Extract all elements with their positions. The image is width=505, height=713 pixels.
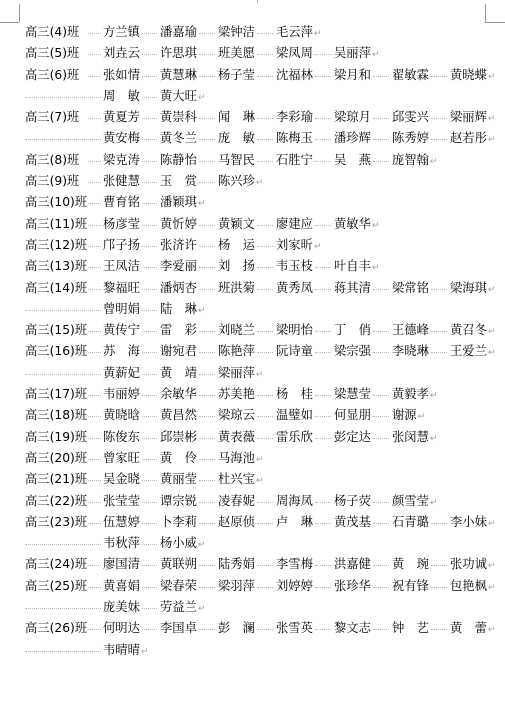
student-name-text: 谭宗锐 [160,494,197,508]
student-name-text: 黄薪妃 [103,366,140,380]
student-name: 邝子扬 [103,235,140,256]
tab-leader [315,502,331,503]
class-label: 高三(15)班 [25,320,87,341]
class-row[interactable]: 高三(8)班梁克涛陈静怡马智民石胜宁吴 燕庞智翰↵ [25,150,495,171]
student-name-text: 梁宗强 [334,344,371,358]
student-name-text: 李雪梅 [276,557,313,571]
student-name-text: 庞美妹 [103,600,140,614]
student-name-text: 黄慧琳 [160,68,197,82]
class-label: 高三(19)班 [25,427,87,448]
tab-leader [88,33,101,34]
student-name: 吴金晓 [103,469,140,490]
tab-leader [257,352,273,353]
tab-leader [315,352,331,353]
student-name: 陈秀婷 [392,128,429,149]
student-name: 庞美妹 [103,597,140,618]
tab-leader [142,267,157,268]
tab-leader [88,459,101,460]
student-name-text: 韦玉枝 [276,259,313,273]
tab-leader [257,161,273,162]
student-name: 杨子荧 [334,491,371,512]
tab-leader [88,629,101,630]
paragraph-mark-icon: ↵ [430,498,438,508]
student-name-text: 潘炳杏 [160,281,197,295]
student-name-text: 雷乐欣 [276,430,313,444]
tab-leader [88,289,101,290]
tab-leader [142,352,157,353]
tab-leader [142,225,157,226]
tab-leader [431,289,447,290]
tab-leader [315,54,331,55]
class-row[interactable]: 高三(9)班张健慧玉 赏陈兴珍↵ [25,171,495,192]
student-name: 钟 艺 [392,618,429,639]
student-name: 翟敏霖 [392,65,429,86]
student-name: 黎福旺 [103,278,140,299]
student-name-text: 廖建应 [276,217,313,231]
class-row[interactable]: 高三(19)班陈俊东邱崇彬黄表薇雷乐欣彭定达张闵慧↵ [25,427,495,448]
tab-leader [199,352,215,353]
tab-leader [315,76,331,77]
student-name: 梁丽萍↵ [218,363,263,386]
tab-leader [88,438,101,439]
student-name: 黄敏华↵ [334,214,379,237]
student-name-text: 周 敏 [103,89,140,103]
tab-leader [199,587,215,588]
tab-leader [373,395,389,396]
student-name-text: 何明达 [103,621,140,635]
class-label: 高三(26)班 [25,618,87,639]
class-row[interactable]: 高三(15)班黄传宁雷 彩刘晓兰梁明怡丁 俏王德峰黄召冬↵ [25,320,495,341]
student-name: 梁琼月 [334,107,371,128]
student-name: 石青璐 [392,512,429,533]
tab-leader [431,352,447,353]
student-name-text: 阮诗童 [276,344,313,358]
tab-leader [373,139,389,140]
student-name-text: 潘颖琪 [160,195,197,209]
student-name-text: 颜雪莹 [392,494,429,508]
student-name: 蒋其清 [334,278,371,299]
class-label: 高三(7)班 [25,107,79,128]
tab-leader [199,182,215,183]
student-name-text: 刘婷婷 [276,579,313,593]
tab-leader [257,438,273,439]
paragraph-mark-icon: ↵ [198,93,206,103]
tab-leader [142,54,157,55]
tab-leader [257,225,273,226]
tab-leader [142,459,157,460]
student-name-text: 周海凤 [276,494,313,508]
student-name-text: 刘垚云 [103,46,140,60]
student-name: 黄 琬 [392,554,429,575]
student-name-text: 梁克涛 [103,153,140,167]
student-name-text: 陈梅玉 [276,131,313,145]
student-name: 梁克涛 [103,150,140,171]
student-name-text: 沈福林 [276,68,313,82]
paragraph-mark-icon: ↵ [488,114,496,124]
student-name-text: 马海池 [218,451,255,465]
paragraph-mark-icon: ↵ [198,306,206,316]
student-name-text: 刘家昕 [276,238,313,252]
tab-leader [315,395,331,396]
class-label: 高三(24)班 [25,554,87,575]
paragraph-mark-icon: ↵ [488,327,496,337]
student-name-text: 杨彦莹 [103,217,140,231]
student-name-text: 黄茂基 [334,515,371,529]
tab-leader [315,523,331,524]
student-name-text: 黄崇科 [160,110,197,124]
tab-leader [373,502,389,503]
student-name: 李雪梅 [276,554,313,575]
student-name: 黄晓晗 [103,405,140,426]
student-name-text: 李彩瑜 [276,110,313,124]
class-row[interactable]: 曾明娟陆 琳↵ [25,299,495,320]
tab-leader [142,289,157,290]
tab-leader [257,587,273,588]
tab-leader [142,246,157,247]
tab-leader [199,565,215,566]
class-row[interactable]: 高三(4)班方兰镇潘嘉瑜梁钟洁毛云萍↵ [25,22,495,43]
student-name: 闻 琳 [218,107,255,128]
tab-leader [431,139,447,140]
class-label: 高三(4)班 [25,22,79,43]
student-name: 邱崇彬 [160,427,197,448]
student-name-text: 黄晓蝶 [450,68,487,82]
student-name: 杨子莹 [218,65,255,86]
tab-leader [88,182,101,183]
student-name: 梁月和 [334,65,371,86]
student-name: 丁 俏 [334,320,371,341]
student-name-text: 李爱丽 [160,259,197,273]
student-name-text: 梁海琪 [450,281,487,295]
class-row[interactable]: 高三(10)班曹育铭潘颖琪↵ [25,192,495,213]
tab-leader [431,587,447,588]
tab-leader [315,289,331,290]
class-row[interactable]: 高三(24)班廖国清黄联朔陆秀娟李雪梅洪嘉健黄 琬张功诚↵ [25,554,495,575]
student-name: 黄传宁 [103,320,140,341]
student-name-text: 雷 彩 [160,323,197,337]
student-name: 赵若彤↵ [450,128,495,151]
tab-leader [315,416,331,417]
student-name: 洪嘉健 [334,554,371,575]
student-name-text: 黄安梅 [103,131,140,145]
student-name: 毛云萍↵ [276,22,321,45]
class-row[interactable]: 周 敏黄大旺↵ [25,86,495,107]
paragraph-mark-icon: ↵ [314,242,322,252]
class-row[interactable]: 高三(13)班王凤洁李爱丽刘 扬韦玉枝叶自丰↵ [25,256,495,277]
tab-leader [199,331,215,332]
class-row[interactable]: 高三(11)班杨彦莹黄忻婷黄颖文廖建应黄敏华↵ [25,214,495,235]
student-name: 张珍华 [334,576,371,597]
tab-leader [431,565,447,566]
student-name-text: 杜兴宝 [218,472,255,486]
student-name: 许思琪 [160,43,197,64]
student-name-text: 黄大旺 [160,89,197,103]
class-row[interactable]: 高三(17)班韦丽婷余敏华苏美艳杨 桂梁慧莹黄毅孝↵ [25,384,495,405]
tab-leader [315,118,331,119]
student-name-text: 梁钟洁 [218,25,255,39]
student-name-text: 班洪菊 [218,281,255,295]
tab-leader [88,246,101,247]
student-name: 张莹莹 [103,491,140,512]
tab-leader [315,438,331,439]
tab-leader [315,225,331,226]
student-name: 陈艳萍 [218,341,255,362]
crop-mark-top-left [0,22,19,23]
student-name: 吴 燕 [334,150,371,171]
tab-leader [142,97,157,98]
student-name: 杨 运 [218,235,255,256]
student-name: 陈梅玉 [276,128,313,149]
paragraph-mark-icon: ↵ [256,476,264,486]
tab-leader [88,76,101,77]
student-name-text: 陆秀娟 [218,557,255,571]
tab-leader [257,33,273,34]
student-name: 潘嘉瑜 [160,22,197,43]
tab-leader [199,139,215,140]
class-row[interactable]: 韦秋萍杨小威↵ [25,533,495,554]
tab-leader [199,480,215,481]
student-name-text: 劳益兰 [160,600,197,614]
class-row[interactable]: 韦晴晴↵ [25,640,495,661]
tab-leader [88,416,101,417]
paragraph-mark-icon: ↵ [488,583,496,593]
student-name-text: 庞 敏 [218,131,255,145]
student-name-text: 张功诚 [450,557,487,571]
student-name: 刘垚云 [103,43,140,64]
tab-leader [142,161,157,162]
student-name: 梁常铭 [392,278,429,299]
tab-leader [315,331,331,332]
student-name: 黎文志 [334,618,371,639]
tab-leader [25,651,101,652]
student-name: 马智民 [218,150,255,171]
tab-leader [142,608,157,609]
student-name: 何明达 [103,618,140,639]
student-name-text: 彭定达 [334,430,371,444]
student-name: 刘家昕↵ [276,235,321,258]
tab-leader [373,352,389,353]
tab-leader [142,76,157,77]
student-name-text: 梁琼云 [218,408,255,422]
class-row[interactable]: 高三(23)班伍慧婷卜李莉赵原侦卢 琳黄茂基石青璐李小妹↵ [25,512,495,533]
student-name-text: 梁慧莹 [334,387,371,401]
student-name: 颜雪莹↵ [392,491,437,514]
student-name-text: 梁常铭 [392,281,429,295]
class-row[interactable]: 黄薪妃黄 靖梁丽萍↵ [25,363,495,384]
tab-leader [199,416,215,417]
tab-leader [257,139,273,140]
tab-leader [142,203,157,204]
student-name: 曾家旺 [103,448,140,469]
class-row[interactable]: 高三(25)班黄喜娟梁春荣梁羽萍刘婷婷张珍华祝有锋包艳枫↵ [25,576,495,597]
student-name-text: 赵原侦 [218,515,255,529]
ruler-center-mark [257,0,258,3]
student-name-text: 黄冬兰 [160,131,197,145]
student-name-text: 潘嘉瑜 [160,25,197,39]
student-name: 庞智翰↵ [392,150,437,173]
student-name: 张功诚↵ [450,554,495,577]
student-name: 张闵慧↵ [392,427,437,450]
tab-leader [373,331,389,332]
student-name-text: 包艳枫 [450,579,487,593]
class-row[interactable]: 庞美妹劳益兰↵ [25,597,495,618]
student-name-text: 王凤洁 [103,259,140,273]
student-name-text: 黄颖文 [218,217,255,231]
student-name: 黄夏芳 [103,107,140,128]
tab-leader [88,480,101,481]
student-name: 苏 海 [103,341,140,362]
student-name: 杨 桂 [276,384,313,405]
student-name-text: 祝有锋 [392,579,429,593]
class-row[interactable]: 高三(21)班吴金晓黄丽莹杜兴宝↵ [25,469,495,490]
tab-leader [257,629,273,630]
tab-leader [25,544,101,545]
tab-leader [373,76,389,77]
student-name-text: 梁明怡 [276,323,313,337]
student-name: 班洪菊 [218,278,255,299]
class-row[interactable]: 高三(20)班曾家旺黄 伶马海池↵ [25,448,495,469]
class-label: 高三(22)班 [25,491,87,512]
student-name-text: 王爱兰 [450,344,487,358]
document-page[interactable]: 高三(4)班方兰镇潘嘉瑜梁钟洁毛云萍↵高三(5)班刘垚云许思琪班美愿梁凤周吴丽萍… [25,22,495,661]
paragraph-mark-icon: ↵ [256,178,264,188]
tab-leader [142,331,157,332]
student-name: 马海池↵ [218,448,263,471]
student-name-text: 苏美艳 [218,387,255,401]
tab-leader [257,395,273,396]
tab-leader [373,438,389,439]
student-name: 彭定达 [334,427,371,448]
tab-leader [142,118,157,119]
class-row[interactable]: 黄安梅黄冬兰庞 敏陈梅玉潘珍辉陈秀婷赵若彤↵ [25,128,495,149]
student-name-text: 韦丽婷 [103,387,140,401]
student-name-text: 黄 蕾 [450,621,487,635]
class-row[interactable]: 高三(22)班张莹莹谭宗锐凌春妮周海凤杨子荧颜雪莹↵ [25,491,495,512]
class-row[interactable]: 高三(18)班黄晓晗黄昌然梁琼云温璧如何显朋谢源↵ [25,405,495,426]
student-name-text: 邝子扬 [103,238,140,252]
student-name-text: 曾明娟 [103,302,140,316]
student-name-text: 钟 艺 [392,621,429,635]
student-name: 庞 敏 [218,128,255,149]
student-name-text: 吴丽萍 [334,46,371,60]
student-name: 雷 彩 [160,320,197,341]
student-name-text: 陈艳萍 [218,344,255,358]
class-row[interactable]: 高三(7)班黄夏芳黄崇科闻 琳李彩瑜梁琼月邱雯兴梁丽辉↵ [25,107,495,128]
tab-leader [142,374,157,375]
tab-leader [88,395,101,396]
paragraph-mark-icon: ↵ [488,72,496,82]
student-name: 黄大旺↵ [160,86,205,109]
student-name-text: 李国卓 [160,621,197,635]
student-name: 陈兴珍↵ [218,171,263,194]
student-name: 韦晴晴↵ [103,640,148,663]
student-name-text: 黄表薇 [218,430,255,444]
student-name-text: 梁春荣 [160,579,197,593]
crop-mark-top-left-vertical [19,4,20,22]
class-row[interactable]: 高三(6)班张如情黄慧琳杨子莹沈福林梁月和翟敏霖黄晓蝶↵ [25,65,495,86]
student-name: 赵原侦 [218,512,255,533]
student-name-text: 庞智翰 [392,153,429,167]
student-name: 黄茂基 [334,512,371,533]
class-row[interactable]: 高三(12)班邝子扬张济许杨 运刘家昕↵ [25,235,495,256]
student-name-text: 苏 海 [103,344,140,358]
student-name-text: 梁羽萍 [218,579,255,593]
class-label: 高三(20)班 [25,448,87,469]
tab-leader [315,587,331,588]
student-name: 韦秋萍 [103,533,140,554]
student-name-text: 李小妹 [450,515,487,529]
paragraph-mark-icon: ↵ [372,221,380,231]
class-label: 高三(9)班 [25,171,79,192]
tab-leader [199,459,215,460]
tab-leader [373,565,389,566]
student-name-text: 李晓琳 [392,344,429,358]
student-name-text: 陈秀婷 [392,131,429,145]
student-name-text: 卜李莉 [160,515,197,529]
student-name-text: 谢源 [392,408,417,422]
class-label: 高三(13)班 [25,256,87,277]
student-name: 邱雯兴 [392,107,429,128]
student-name: 沈福林 [276,65,313,86]
tab-leader [431,523,447,524]
paragraph-mark-icon: ↵ [430,391,438,401]
student-name: 王爱兰↵ [450,341,495,364]
student-name: 潘炳杏 [160,278,197,299]
student-name-text: 杨子莹 [218,68,255,82]
student-name: 余敏华 [160,384,197,405]
tab-leader [373,587,389,588]
student-name-text: 黄召冬 [450,323,487,337]
class-label: 高三(16)班 [25,341,87,362]
paragraph-mark-icon: ↵ [488,625,496,635]
tab-leader [199,395,215,396]
tab-leader [25,374,101,375]
tab-leader [315,629,331,630]
student-name-text: 黄毅孝 [392,387,429,401]
paragraph-mark-icon: ↵ [488,285,496,295]
student-name-text: 洪嘉健 [334,557,371,571]
student-name: 黄安梅 [103,128,140,149]
paragraph-mark-icon: ↵ [198,604,206,614]
class-row[interactable]: 高三(26)班何明达李国卓彭 澜张雪英黎文志钟 艺黄 蕾↵ [25,618,495,639]
student-name: 温璧如 [276,405,313,426]
student-name: 黄喜娟 [103,576,140,597]
student-name: 苏美艳 [218,384,255,405]
tab-leader [431,118,447,119]
class-row[interactable]: 高三(16)班苏 海谢宛君陈艳萍阮诗童梁宗强李晓琳王爱兰↵ [25,341,495,362]
student-name: 阮诗童 [276,341,313,362]
student-name: 陈静怡 [160,150,197,171]
paragraph-mark-icon: ↵ [488,519,496,529]
student-name-text: 黎福旺 [103,281,140,295]
tab-leader [88,331,101,332]
class-label: 高三(17)班 [25,384,87,405]
tab-leader [25,97,101,98]
class-row[interactable]: 高三(5)班刘垚云许思琪班美愿梁凤周吴丽萍↵ [25,43,495,64]
tab-leader [142,587,157,588]
student-name-text: 玉 赏 [160,174,197,188]
student-name: 祝有锋 [392,576,429,597]
tab-leader [142,544,157,545]
student-name-text: 杨子荧 [334,494,371,508]
student-name: 石胜宁 [276,150,313,171]
paragraph-mark-icon: ↵ [430,434,438,444]
tab-leader [257,76,273,77]
paragraph-mark-icon: ↵ [372,50,380,60]
student-name: 黄昌然 [160,405,197,426]
class-row[interactable]: 高三(14)班黎福旺潘炳杏班洪菊黄秀凤蒋其清梁常铭梁海琪↵ [25,278,495,299]
student-name: 李晓琳 [392,341,429,362]
